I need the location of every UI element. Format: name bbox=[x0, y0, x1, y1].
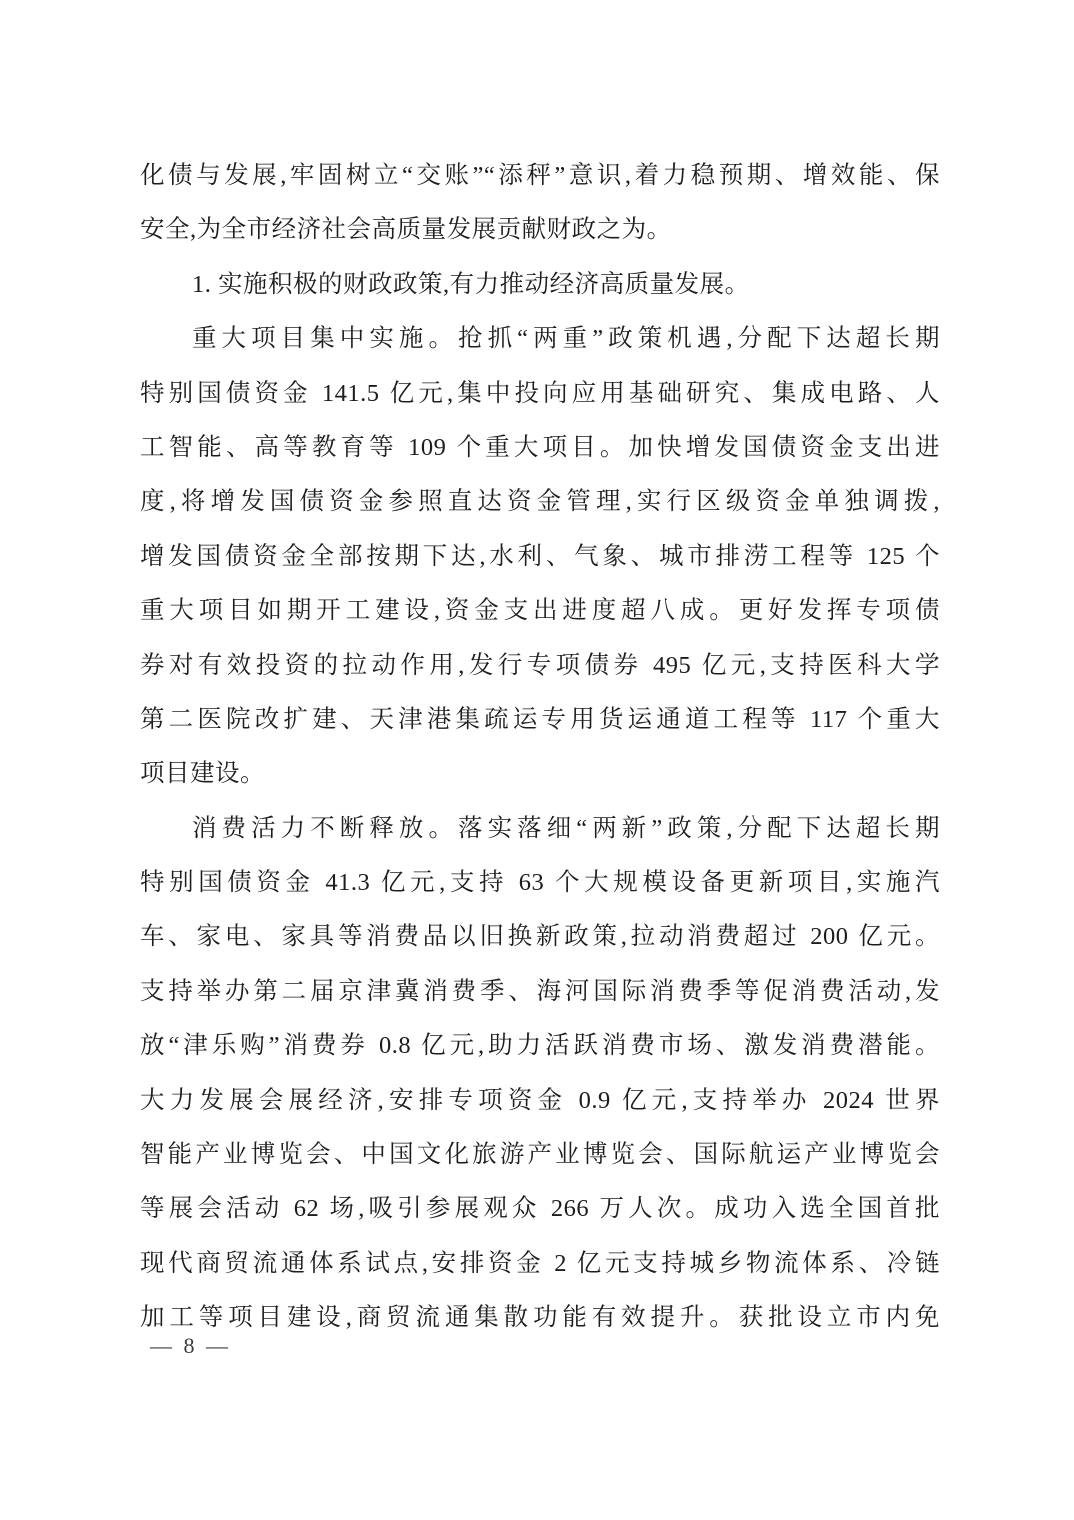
body-text-line: 等展会活动 62 场,吸引参展观众 266 万人次。成功入选全国首批 bbox=[140, 1182, 940, 1236]
body-text-line: 券对有效投资的拉动作用,发行专项债券 495 亿元,支持医科大学 bbox=[140, 639, 940, 693]
body-text-line: 智能产业博览会、中国文化旅游产业博览会、国际航运产业博览会 bbox=[140, 1128, 940, 1182]
page-number: — 8 — bbox=[150, 1329, 231, 1363]
body-text-line: 加工等项目建设,商贸流通集散功能有效提升。获批设立市内免 bbox=[140, 1291, 940, 1345]
body-text-line: 重大项目如期开工建设,资金支出进度超八成。更好发挥专项债 bbox=[140, 584, 940, 638]
document-body: 化债与发展,牢固树立“交账”“添秤”意识,着力稳预期、增效能、保安全,为全市经济… bbox=[140, 149, 940, 1346]
body-text-line: 车、家电、家具等消费品以旧换新政策,拉动消费超过 200 亿元。 bbox=[140, 910, 940, 964]
body-text-line: 第二医院改扩建、天津港集疏运专用货运通道工程等 117 个重大 bbox=[140, 693, 940, 747]
body-text-line: 安全,为全市经济社会高质量发展贡献财政之为。 bbox=[140, 203, 940, 257]
body-text-line: 项目建设。 bbox=[140, 747, 940, 801]
body-text-line: 特别国债资金 41.3 亿元,支持 63 个大规模设备更新项目,实施汽 bbox=[140, 856, 940, 910]
body-text-line: 度,将增发国债资金参照直达资金管理,实行区级资金单独调拨, bbox=[140, 475, 940, 529]
body-text-line: 1. 实施积极的财政政策,有力推动经济高质量发展。 bbox=[140, 258, 940, 312]
body-text-line: 现代商贸流通体系试点,安排资金 2 亿元支持城乡物流体系、冷链 bbox=[140, 1237, 940, 1291]
document-page: 化债与发展,牢固树立“交账”“添秤”意识,着力稳预期、增效能、保安全,为全市经济… bbox=[0, 0, 1074, 1520]
body-text-line: 消费活力不断释放。落实落细“两新”政策,分配下达超长期 bbox=[140, 802, 940, 856]
body-text-line: 放“津乐购”消费券 0.8 亿元,助力活跃消费市场、激发消费潜能。 bbox=[140, 1019, 940, 1073]
body-text-line: 大力发展会展经济,安排专项资金 0.9 亿元,支持举办 2024 世界 bbox=[140, 1074, 940, 1128]
body-text-line: 工智能、高等教育等 109 个重大项目。加快增发国债资金支出进 bbox=[140, 421, 940, 475]
body-text-line: 支持举办第二届京津冀消费季、海河国际消费季等促消费活动,发 bbox=[140, 965, 940, 1019]
body-text-line: 特别国债资金 141.5 亿元,集中投向应用基础研究、集成电路、人 bbox=[140, 367, 940, 421]
body-text-line: 重大项目集中实施。抢抓“两重”政策机遇,分配下达超长期 bbox=[140, 312, 940, 366]
body-text-line: 化债与发展,牢固树立“交账”“添秤”意识,着力稳预期、增效能、保 bbox=[140, 149, 940, 203]
body-text-line: 增发国债资金全部按期下达,水利、气象、城市排涝工程等 125 个 bbox=[140, 530, 940, 584]
